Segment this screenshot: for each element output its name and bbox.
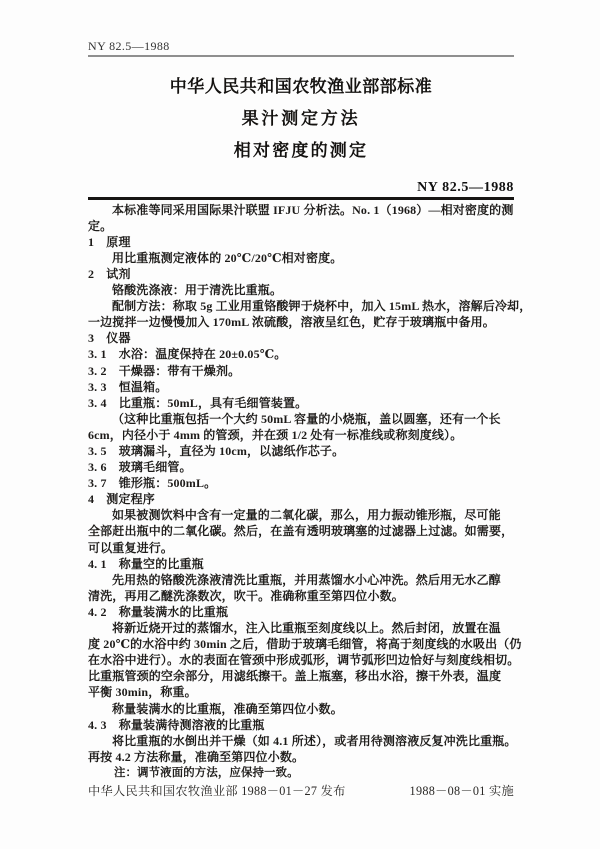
header-rule: [88, 55, 514, 57]
body-line: 3. 3 恒温箱。: [88, 379, 514, 395]
footer-effective-date: 1988－08－01 实施: [410, 785, 514, 798]
body-line: 3. 5 玻璃漏斗，直径为 10cm，以滤纸作芯子。: [88, 443, 514, 459]
body-line: 注：调节液面的方法，应保持一致。: [88, 765, 514, 781]
document-footer: 中华人民共和国农牧渔业部 1988－01－27 发布 1988－08－01 实施: [88, 785, 514, 798]
body-line: 将新近烧开过的蒸馏水，注入比重瓶至刻度线以上。然后封闭，放置在温: [88, 620, 514, 636]
standard-number: NY 82.5—1988: [88, 180, 514, 195]
body-line: 度 20℃的水浴中约 30min 之后，借助于玻璃毛细管，将高于刻度线的水吸出（…: [88, 636, 514, 652]
standard-rule: [88, 197, 514, 200]
body-line: 4. 2 称量装满水的比重瓶: [88, 604, 514, 620]
body-line: 3. 1 水浴：温度保持在 20±0.05℃。: [88, 346, 514, 362]
body-line: 平衡 30min，称重。: [88, 684, 514, 700]
title-subject: 果汁测定方法: [88, 110, 514, 128]
body-line: 本标准等同采用国际果汁联盟 IFJU 分析法。No. 1（1968）—相对密度的…: [88, 202, 514, 218]
body-line: 3. 6 玻璃毛细管。: [88, 459, 514, 475]
body-line: 再按 4.2 方法称量，准确至第四位小数。: [88, 749, 514, 765]
body-line: 比重瓶管颈的空余部分，用滤纸擦干。盖上瓶塞，移出水浴，擦干外表，温度: [88, 668, 514, 684]
body-line: 4 测定程序: [88, 491, 514, 507]
body-line: 定。: [88, 218, 514, 234]
body-line: 用比重瓶测定液体的 20℃/20℃相对密度。: [88, 250, 514, 266]
body-line: 先用热的铬酸洗涤液清洗比重瓶，并用蒸馏水小心冲洗。然后用无水乙醇: [88, 572, 514, 588]
body-line: 3. 4 比重瓶：50mL，具有毛细管装置。: [88, 395, 514, 411]
body-line: 在水浴中进行）。水的表面在管颈中形成弧形，调节弧形凹边恰好与刻度线相切。: [88, 652, 514, 668]
title-method: 相对密度的测定: [88, 142, 514, 160]
body-line: 1 原理: [88, 234, 514, 250]
body-line: 4. 1 称量空的比重瓶: [88, 556, 514, 572]
body-line: 3 仪器: [88, 330, 514, 346]
body-line: 配制方法：称取 5g 工业用重铬酸钾于烧杯中，加入 15mL 热水，溶解后冷却，: [88, 298, 514, 314]
footer-issued-date: 中华人民共和国农牧渔业部 1988－01－27 发布: [88, 785, 346, 798]
body-line: 如果被测饮料中含有一定量的二氧化碳，那么，用力振动锥形瓶，尽可能: [88, 507, 514, 523]
body-line: 可以重复进行。: [88, 540, 514, 556]
document-page: NY 82.5—1988 中华人民共和国农牧渔业部部标准 果汁测定方法 相对密度…: [0, 0, 600, 849]
body-line: 6cm，内径小于 4mm 的管颈，并在颈 1/2 处有一标准线或称刻度线）。: [88, 427, 514, 443]
document-content: NY 82.5—1988 中华人民共和国农牧渔业部部标准 果汁测定方法 相对密度…: [88, 0, 514, 781]
body-line: 2 试剂: [88, 266, 514, 282]
title-organization: 中华人民共和国农牧渔业部部标准: [88, 78, 514, 96]
document-body: 本标准等同采用国际果汁联盟 IFJU 分析法。No. 1（1968）—相对密度的…: [88, 202, 514, 781]
body-line: 清洗，再用乙醚洗涤数次，吹干。准确称重至第四位小数。: [88, 588, 514, 604]
body-line: 一边搅拌一边慢慢加入 170mL 浓硫酸，溶液呈红色，贮存于玻璃瓶中备用。: [88, 314, 514, 330]
body-line: 全部赶出瓶中的二氧化碳。然后，在盖有透明玻璃塞的过滤器上过滤。如需要，: [88, 523, 514, 539]
body-line: 铬酸洗涤液：用于清洗比重瓶。: [88, 282, 514, 298]
body-line: 3. 7 锥形瓶：500mL。: [88, 475, 514, 491]
body-line: 称量装满水的比重瓶，准确至第四位小数。: [88, 701, 514, 717]
body-line: 3. 2 干燥器：带有干燥剂。: [88, 363, 514, 379]
doc-number-header: NY 82.5—1988: [88, 0, 514, 53]
body-line: （这种比重瓶包括一个大约 50mL 容量的小烧瓶，盖以圆塞，还有一个长: [88, 411, 514, 427]
body-line: 将比重瓶的水倒出并干燥（如 4.1 所述），或者用待测溶液反复冲洗比重瓶。: [88, 733, 514, 749]
body-line: 4. 3 称量装满待测溶液的比重瓶: [88, 717, 514, 733]
